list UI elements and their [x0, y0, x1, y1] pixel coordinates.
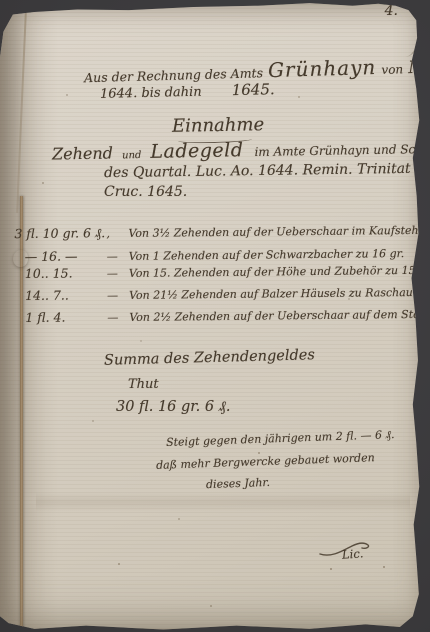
title-line-3: Cruc. 1645. — [104, 184, 187, 200]
entry-amount: 3 fl. 10 gr. 6 ₰. — [14, 225, 106, 242]
header-line-2: 1644. bis dahin 1645. — [100, 80, 275, 102]
entry-row: — 16. — — Von 1 Zehenden auf der Schwarz… — [15, 245, 405, 264]
title-und: und — [122, 150, 141, 161]
entry-description: Von 3½ Zehenden auf der Ueberschaar im K… — [128, 223, 430, 240]
title-line-2: des Quartal. Luc. Ao. 1644. Remin. Trini… — [104, 161, 411, 181]
entry-amount: — 16. — — [15, 248, 107, 264]
entry-amount: 14.. 7.. — [15, 287, 107, 303]
title-ladegeld: Ladegeld — [150, 139, 243, 163]
entry-separator: — — [107, 289, 129, 302]
title-amt: im Amte Grünhayn und Schlettau — [254, 141, 430, 159]
header-von: von — [381, 62, 403, 77]
note-line-1: Steigt gegen den jährigen um 2 fl. — 6 ₰… — [166, 428, 395, 449]
title-einnahme: Einnahme — [172, 114, 264, 137]
entry-amount: 10.. 15. — [15, 265, 107, 281]
manuscript-photo: 4. Aus der Rechnung des Amts Grünhayn vo… — [0, 0, 430, 632]
entry-list: 3 fl. 10 gr. 6 ₰. , Von 3½ Zehenden auf … — [0, 0, 430, 2]
entry-description: Von 21½ Zehenden auf Balzer Häusels zu R… — [129, 285, 430, 302]
fold-shadow — [36, 492, 410, 512]
entry-separator: — — [107, 311, 129, 324]
header-years-start: 1644. bis dahin — [100, 85, 202, 102]
header-year-end: 1645. — [232, 80, 275, 99]
entry-row: 10.. 15. — Von 15. Zehenden auf der Höhe… — [15, 262, 430, 281]
page-number: 4. — [385, 3, 398, 19]
summa-total: 30 fl. 16 gr. 6 ₰. — [116, 399, 231, 416]
entry-description: Von 15. Zehenden auf der Höhe und Zubehö… — [129, 264, 430, 280]
note-line-3: dieses Jahr. — [206, 476, 270, 491]
note-line-2: daß mehr Bergwercke gebauet worden — [156, 451, 375, 472]
header-mich: Mich. — [408, 57, 430, 78]
title-zehend: Zehend — [52, 143, 113, 163]
header-place: Grünhayn — [268, 55, 377, 82]
entry-description: Von 2½ Zehenden auf der Ueberschaar auf … — [129, 307, 430, 324]
paper-specks — [0, 0, 2, 2]
entry-amount: 1 fl. 4. — [15, 309, 107, 325]
entry-row: 3 fl. 10 gr. 6 ₰. , Von 3½ Zehenden auf … — [14, 221, 430, 242]
binding-crease — [16, 8, 27, 213]
summa-label: Summa des Zehendengeldes — [104, 347, 315, 369]
title-line-1: Zehend und Ladegeld im Amte Grünhayn und… — [52, 135, 430, 164]
entry-separator: , — [106, 227, 128, 240]
entry-row: 14.. 7.. — Von 21½ Zehenden auf Balzer H… — [15, 283, 430, 303]
signature: Lic. — [342, 546, 364, 561]
entry-row: 1 fl. 4. — Von 2½ Zehenden auf der Ueber… — [15, 305, 430, 325]
summa-thut: Thut — [128, 377, 159, 392]
paper-sheet: 4. Aus der Rechnung des Amts Grünhayn vo… — [0, 0, 430, 632]
entry-separator: — — [107, 267, 129, 280]
entry-separator: — — [107, 250, 129, 263]
entry-description: Von 1 Zehenden auf der Schwarzbacher zu … — [129, 247, 405, 263]
